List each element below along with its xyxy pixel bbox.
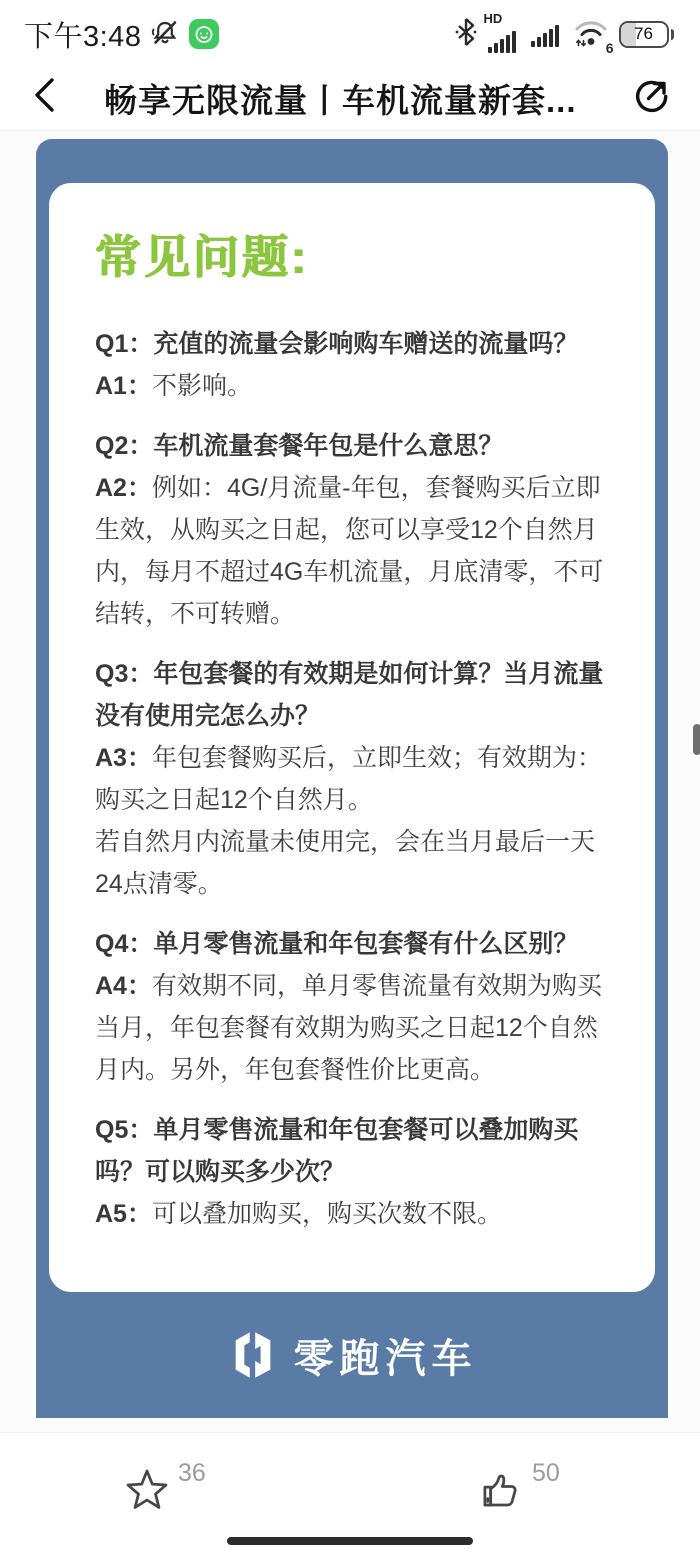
battery-percent: 76 <box>634 24 653 44</box>
faq-card: 常见问题: Q1：充值的流量会影响购车赠送的流量吗？ A1：不影响。 Q2：车机… <box>49 183 655 1292</box>
page-title: 畅享无限流量丨车机流量新套... <box>104 75 577 122</box>
answer-paragraph: A4：有效期不同，单月零售流量有效期为购买当月，年包套餐有效期为购买之日起12个… <box>95 965 610 1091</box>
back-button[interactable] <box>32 75 62 115</box>
answer-text: 可以叠加购买，购买次数不限。 <box>152 1200 502 1228</box>
qa-item: Q5：单月零售流量和年包套餐可以叠加购买吗？可以购买多少次？ A5：可以叠加购买… <box>95 1109 610 1235</box>
answer-label: A3： <box>95 744 152 772</box>
question-text: Q4：单月零售流量和年包套餐有什么区别？ <box>95 923 610 965</box>
qa-item: Q3：年包套餐的有效期是如何计算？当月流量没有使用完怎么办？ A3：年包套餐购买… <box>95 653 610 905</box>
faq-list: Q1：充值的流量会影响购车赠送的流量吗？ A1：不影响。 Q2：车机流量套餐年包… <box>95 323 610 1235</box>
bluetooth-icon <box>455 17 477 52</box>
answer-paragraph: A3：年包套餐购买后，立即生效；有效期为：购买之日起12个自然月。 若自然月内流… <box>95 737 610 905</box>
nav-bar: 畅享无限流量丨车机流量新套... <box>0 58 700 131</box>
status-bar: 下午3:48 HD <box>0 0 700 58</box>
answer-label: A2： <box>95 474 152 502</box>
scrollbar-thumb[interactable] <box>691 722 700 757</box>
like-button[interactable]: 50 <box>478 1467 560 1513</box>
qa-item: Q4：单月零售流量和年包套餐有什么区别？ A4：有效期不同，单月零售流量有效期为… <box>95 923 610 1091</box>
thumbs-up-icon <box>478 1467 524 1513</box>
share-button[interactable] <box>630 74 672 116</box>
answer-label: A5： <box>95 1200 152 1228</box>
status-time: 下午3:48 <box>24 14 141 55</box>
question-text: Q1：充值的流量会影响购车赠送的流量吗？ <box>95 323 610 365</box>
answer-paragraph: A1：不影响。 <box>95 365 610 407</box>
back-chevron-icon <box>32 76 56 114</box>
question-text: Q3：年包套餐的有效期是如何计算？当月流量没有使用完怎么办？ <box>95 653 610 737</box>
answer-text: 有效期不同，单月零售流量有效期为购买当月，年包套餐有效期为购买之日起12个自然月… <box>95 972 602 1084</box>
answer-paragraph: A2：例如：4G/月流量-年包，套餐购买后立即生效，从购买之日起，您可以享受12… <box>95 467 610 635</box>
wifi6-label: 6 <box>606 40 614 56</box>
answer-label: A1： <box>95 372 152 400</box>
qa-item: Q2：车机流量套餐年包是什么意思？ A2：例如：4G/月流量-年包，套餐购买后立… <box>95 425 610 635</box>
notification-app-icon <box>189 19 219 49</box>
mute-icon <box>151 18 179 51</box>
favorite-button[interactable]: 36 <box>124 1467 206 1513</box>
battery-icon: 76 <box>619 21 675 48</box>
star-icon <box>124 1467 170 1513</box>
home-indicator[interactable] <box>227 1537 473 1545</box>
hd-label: HD <box>484 11 503 26</box>
content-panel: 常见问题: Q1：充值的流量会影响购车赠送的流量吗？ A1：不影响。 Q2：车机… <box>36 139 668 1418</box>
signal-sim2-icon <box>529 15 563 54</box>
question-text: Q5：单月零售流量和年包套餐可以叠加购买吗？可以购买多少次？ <box>95 1109 610 1193</box>
favorite-count: 36 <box>178 1459 206 1488</box>
question-text: Q2：车机流量套餐年包是什么意思？ <box>95 425 610 467</box>
share-icon <box>630 74 672 116</box>
brand-name: 零跑汽车 <box>294 1327 478 1384</box>
wifi-icon: 6 <box>572 16 610 53</box>
answer-label: A4： <box>95 972 152 1000</box>
answer-text: 例如：4G/月流量-年包，套餐购买后立即生效，从购买之日起，您可以享受12个自然… <box>95 474 603 628</box>
bottom-bar: 36 50 <box>0 1432 700 1555</box>
qa-item: Q1：充值的流量会影响购车赠送的流量吗？ A1：不影响。 <box>95 323 610 407</box>
brand-footer: 零跑汽车 <box>36 1292 668 1418</box>
answer-paragraph: A5：可以叠加购买，购买次数不限。 <box>95 1193 610 1235</box>
signal-sim1-icon: HD <box>486 13 520 55</box>
like-count: 50 <box>532 1459 560 1488</box>
answer-text: 不影响。 <box>152 372 252 400</box>
answer-text: 年包套餐购买后，立即生效；有效期为：购买之日起12个自然月。 若自然月内流量未使… <box>95 744 602 898</box>
web-content: 常见问题: Q1：充值的流量会影响购车赠送的流量吗？ A1：不影响。 Q2：车机… <box>0 132 700 1432</box>
faq-heading: 常见问题: <box>95 221 610 287</box>
leapmotor-logo-icon <box>227 1329 279 1381</box>
